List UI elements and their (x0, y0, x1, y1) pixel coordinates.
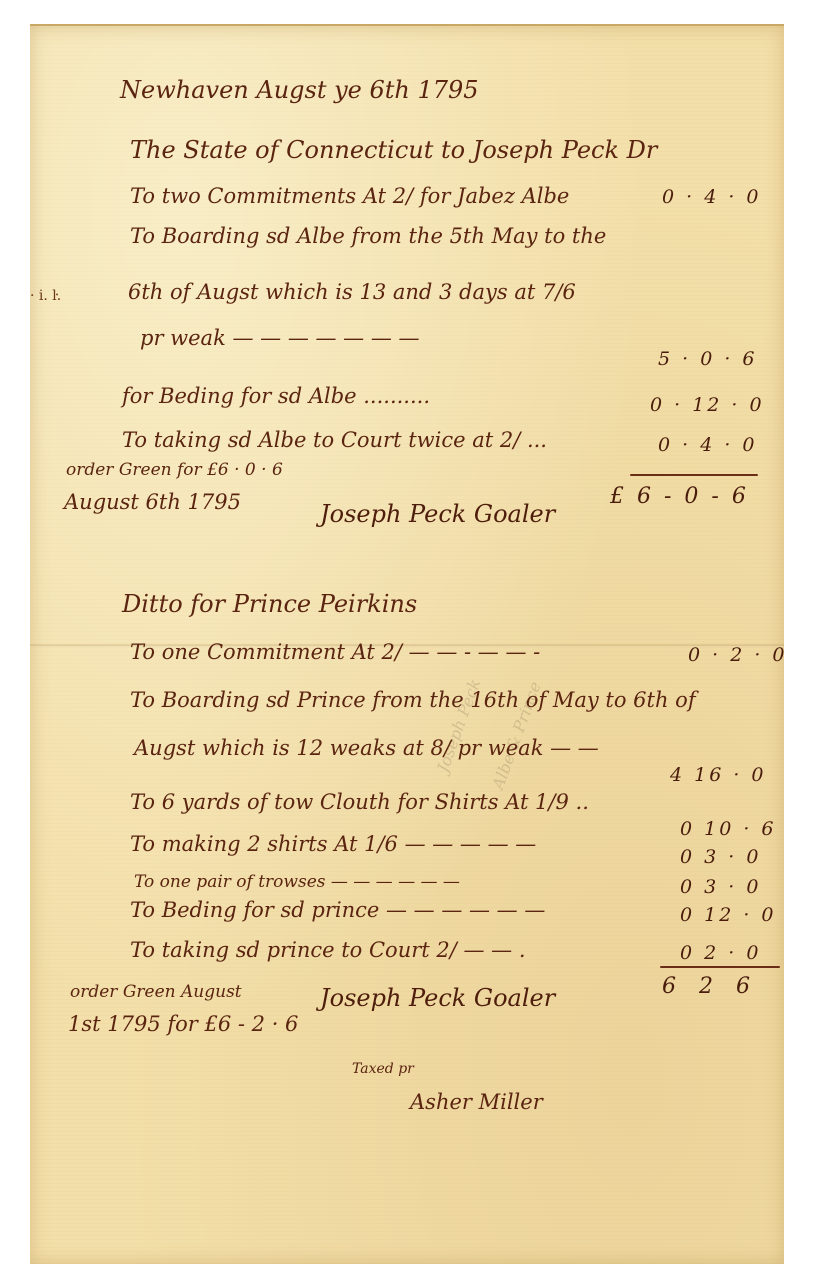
prince-item-7: To Beding for sd prince — — — — — — (130, 900, 545, 921)
prince-item-3: Augst which is 12 weaks at 8/ pr weak — … (134, 738, 599, 759)
prince-item-5: To making 2 shirts At 1/6 — — — — — (130, 834, 536, 855)
prince-item-1: To one Commitment At 2/ — — - — — - (130, 642, 540, 663)
prince-order-note-1: order Green August (70, 984, 242, 1001)
albe-signature: Joseph Peck Goaler (320, 502, 555, 526)
prince-total: 6 2 6 (662, 974, 758, 999)
albe-item-4: pr weak — — — — — — — (140, 328, 420, 349)
albe-item-1: To two Commitments At 2/ for Jabez Albe (130, 186, 569, 207)
prince-item-2: To Boarding sd Prince from the 16th of M… (130, 690, 696, 711)
prince-item-6: To one pair of trowses — — — — — — (134, 874, 460, 891)
prince-item-4: To 6 yards of tow Clouth for Shirts At 1… (130, 792, 589, 813)
prince-total-rule (660, 966, 780, 968)
prince-amount-1: 0 · 2 · 0 (688, 644, 788, 666)
taxed-by-signature: Asher Miller (410, 1092, 543, 1113)
albe-amount-6: 0 · 4 · 0 (658, 434, 758, 456)
albe-total-rule (630, 474, 758, 476)
albe-order-note-2: August 6th 1795 (64, 492, 241, 513)
prince-amount-4: 0 10 · 6 (680, 818, 777, 840)
manuscript-page: Joseph Peck Albe & Prince Newhaven Augst… (30, 24, 784, 1264)
prince-signature: Joseph Peck Goaler (320, 986, 555, 1010)
prince-amount-6: 0 3 · 0 (680, 876, 761, 898)
prince-amount-5: 0 3 · 0 (680, 846, 761, 868)
prince-amount-7: 0 12 · 0 (680, 904, 777, 926)
albe-amount-1: 0 · 4 · 0 (662, 186, 762, 208)
prince-order-note-2: 1st 1795 for £6 - 2 · 6 (68, 1014, 298, 1035)
taxed-label: Taxed pr (352, 1062, 414, 1076)
place-date-line: Newhaven Augst ye 6th 1795 (120, 78, 479, 102)
albe-item-5: for Beding for sd Albe .......... (122, 386, 430, 407)
albe-order-note-1: order Green for £6 · 0 · 6 (66, 462, 283, 479)
albe-item-3: 6th of Augst which is 13 and 3 days at 7… (128, 282, 576, 303)
prince-heading: Ditto for Prince Peirkins (122, 592, 417, 616)
albe-total: £ 6 - 0 - 6 (610, 484, 749, 509)
albe-item-2: To Boarding sd Albe from the 5th May to … (130, 226, 606, 247)
prince-amount-8: 0 2 · 0 (680, 942, 761, 964)
prince-amount-3: 4 16 · 0 (670, 764, 767, 786)
albe-amount-5: 0 · 12 · 0 (650, 394, 765, 416)
albe-amount-4: 5 · 0 · 6 (658, 348, 758, 370)
prince-item-8: To taking sd prince to Court 2/ — — . (130, 940, 526, 961)
account-title: The State of Connecticut to Joseph Peck … (130, 138, 657, 162)
margin-marks: · i. ŀ. (30, 288, 61, 304)
albe-item-6: To taking sd Albe to Court twice at 2/ .… (122, 430, 547, 451)
